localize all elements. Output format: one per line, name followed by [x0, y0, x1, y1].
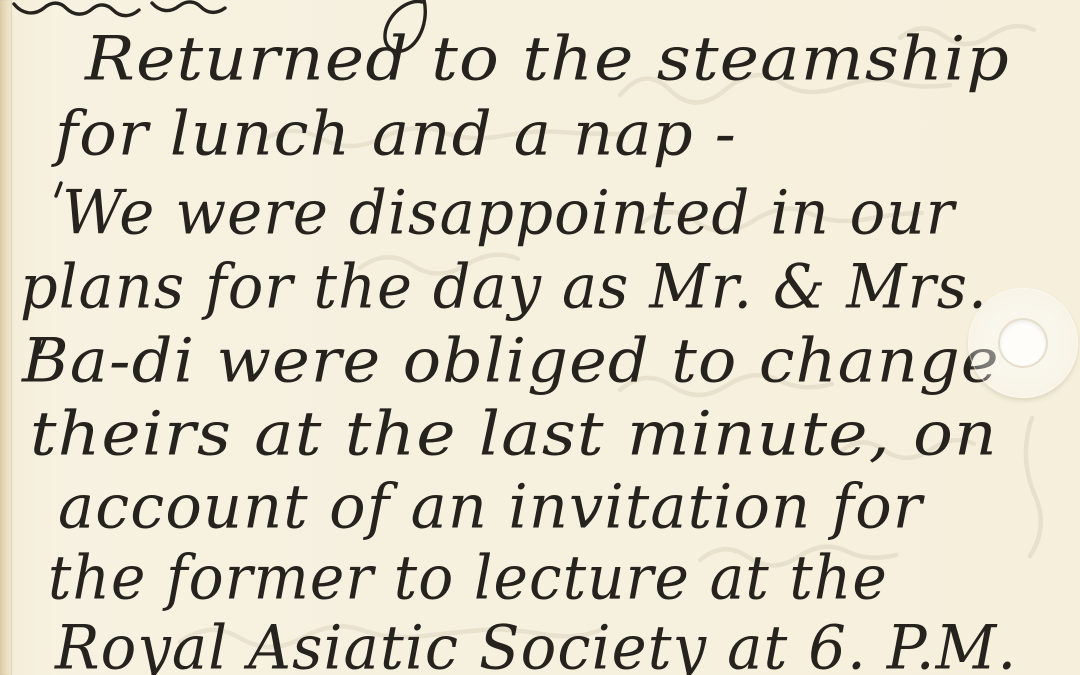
handwritten-line-6: theirs at the last minute, on [30, 403, 821, 460]
handwritten-line-5: Ba-di were obliged to change [22, 330, 852, 387]
handwritten-line-2: for lunch and a nap - [55, 103, 646, 160]
hole-punch [1000, 320, 1046, 366]
handwritten-line-3: We were disappointed in our [62, 182, 875, 239]
handwritten-line-1: Returned to the steamship [85, 28, 839, 85]
handwritten-line-7: account of an invitation for [58, 476, 829, 533]
diary-page: Returned to the steamship for lunch and … [0, 0, 1080, 675]
handwritten-line-9: Royal Asiatic Society at 6. P.M. [55, 617, 933, 674]
handwritten-line-4: plans for the day as Mr. & Mrs. [20, 256, 908, 313]
handwritten-line-8: the former to lecture at the [48, 547, 828, 604]
